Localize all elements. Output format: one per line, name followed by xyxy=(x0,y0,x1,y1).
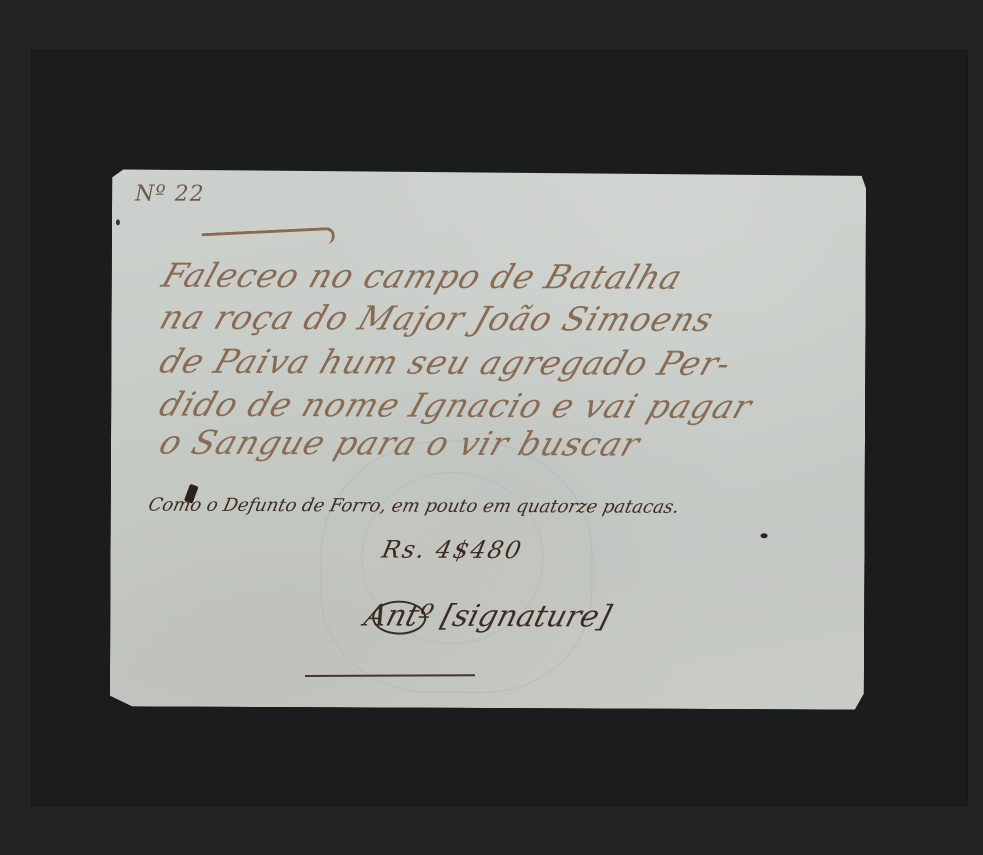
annotation-note: Como o Defunto de Forro, em pouto em qua… xyxy=(146,495,681,518)
paper-hole xyxy=(116,219,120,225)
text-line-3: de Paiva hum seu agregado Per- xyxy=(155,342,737,383)
paper-watermark xyxy=(320,440,593,693)
ink-dot xyxy=(761,533,768,538)
text-line-5: o Sangue para o vir buscar xyxy=(155,423,646,464)
document-paper: Nº 22 Faleceo no campo de Batalha na roç… xyxy=(110,169,866,709)
amount-value: Rs. 4$480 xyxy=(379,536,525,565)
signature: Antº [signature] xyxy=(360,598,614,634)
text-line-1: Faleceo no campo de Batalha xyxy=(157,256,688,297)
text-line-4: dido de nome Ignacio e vai pagar xyxy=(155,385,758,427)
document-number: Nº 22 xyxy=(135,181,205,206)
text-line-2: na roça do Major João Simoens xyxy=(155,298,719,339)
ink-flourish xyxy=(202,227,336,250)
